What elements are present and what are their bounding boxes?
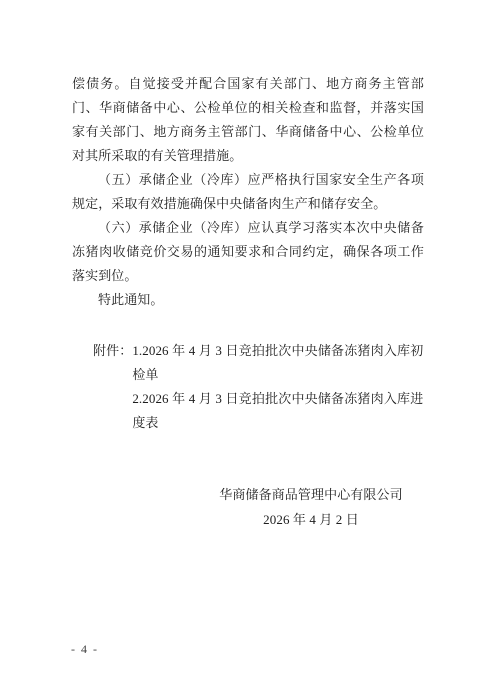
signature-date: 2026 年 4 月 2 日 xyxy=(218,507,404,532)
attachment-list: 1.2026 年 4 月 3 日竞拍批次中央储备冻猪肉入库初检单 2.2026 … xyxy=(132,339,423,435)
attachment-item-2: 2.2026 年 4 月 3 日竞拍批次中央储备冻猪肉入库进度表 xyxy=(132,387,423,435)
page-number: - 4 - xyxy=(71,641,99,657)
body-paragraph-continuation: 偿债务。自觉接受并配合国家有关部门、地方商务主管部门、华商储备中心、公检单位的相… xyxy=(72,72,424,168)
signature-block: 华商储备商品管理中心有限公司 2026 年 4 月 2 日 xyxy=(218,482,404,532)
body-paragraph-item-5: （五）承储企业（冷库）应严格执行国家安全生产各项规定，采取有效措施确保中央储备肉… xyxy=(72,168,424,216)
body-paragraph-closing: 特此通知。 xyxy=(72,288,424,312)
attachment-item-1: 1.2026 年 4 月 3 日竞拍批次中央储备冻猪肉入库初检单 xyxy=(132,339,423,387)
document-page: 偿债务。自觉接受并配合国家有关部门、地方商务主管部门、华商储备中心、公检单位的相… xyxy=(0,0,494,700)
attachment-label: 附件： xyxy=(93,339,132,363)
attachment-section: 附件： 1.2026 年 4 月 3 日竞拍批次中央储备冻猪肉入库初检单 2.2… xyxy=(72,339,424,435)
body-paragraph-item-6: （六）承储企业（冷库）应认真学习落实本次中央储备冻猪肉收储竞价交易的通知要求和合… xyxy=(72,216,424,288)
document-body: 偿债务。自觉接受并配合国家有关部门、地方商务主管部门、华商储备中心、公检单位的相… xyxy=(72,72,424,532)
signature-company: 华商储备商品管理中心有限公司 xyxy=(218,482,404,507)
